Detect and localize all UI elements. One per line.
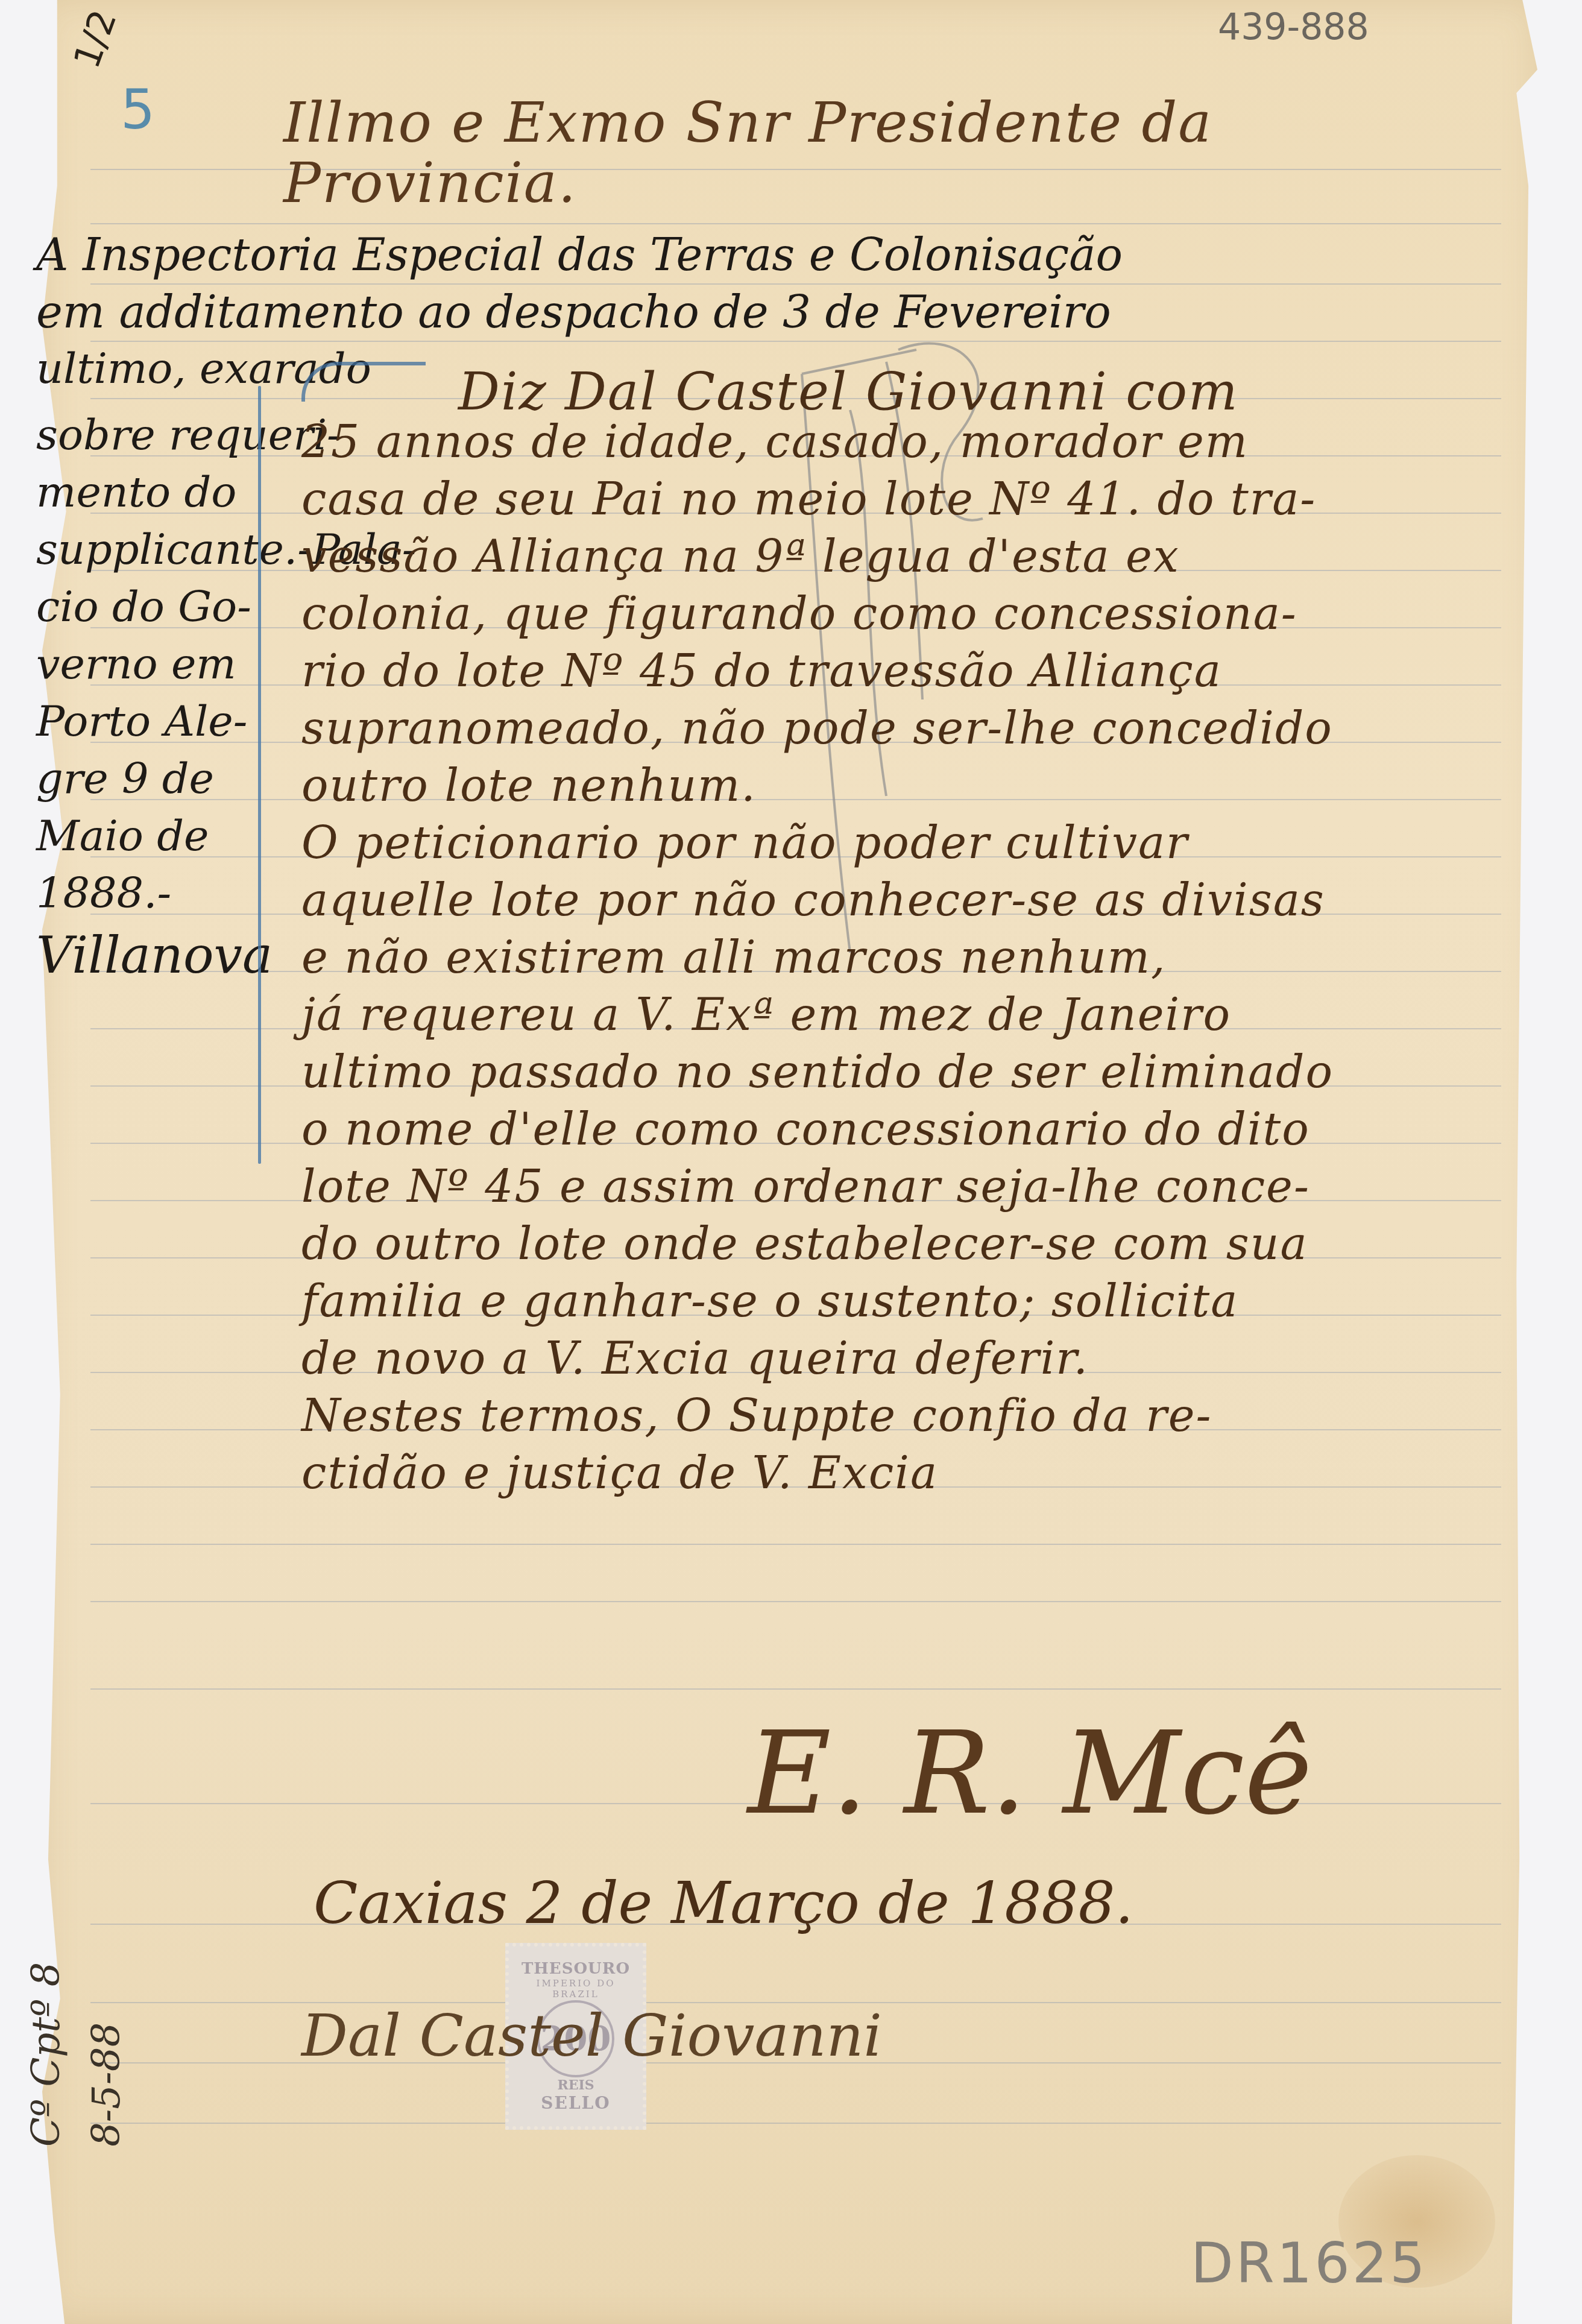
despacho-line: cio do Go- bbox=[36, 582, 251, 631]
body-line: aquelle lote por não conhecer-se as divi… bbox=[301, 874, 1325, 926]
stamp-title: THESOURO bbox=[522, 1960, 630, 1978]
despacho-line: A Inspectoria Especial das Terras e Colo… bbox=[36, 229, 1123, 281]
blue-pencil-bracket bbox=[301, 362, 426, 402]
body-line: colonia, que figurando como concessiona- bbox=[301, 588, 1297, 640]
body-line: lote Nº 45 e assim ordenar seja-lhe conc… bbox=[301, 1161, 1310, 1213]
despacho-signature: Villanova bbox=[36, 926, 273, 985]
ruled-line bbox=[90, 2123, 1501, 2124]
ruled-line bbox=[90, 341, 1501, 342]
body-line: de novo a V. Excia queira deferir. bbox=[301, 1333, 1089, 1385]
archive-number: 439-888 bbox=[1218, 6, 1369, 48]
despacho-line: mento do bbox=[36, 467, 236, 517]
body-line: rio do lote Nº 45 do travessão Alliança bbox=[301, 645, 1222, 697]
ruled-line bbox=[90, 283, 1501, 285]
side-annotation-line-1: Cº Cptº 8 bbox=[24, 1962, 69, 2147]
closing-formula: E. R. Mcê bbox=[748, 1707, 1313, 1840]
body-line: familia e ganhar-se o sustento; sollicit… bbox=[301, 1275, 1238, 1327]
body-line: O peticionario por não poder cultivar bbox=[301, 817, 1188, 869]
stamp-subtitle: IMPERIO DO BRAZIL bbox=[514, 1978, 638, 2000]
despacho-line: sobre requeri- bbox=[36, 410, 341, 459]
body-line: o nome d'elle como concessionario do dit… bbox=[301, 1104, 1310, 1155]
ruled-line bbox=[90, 1601, 1501, 1602]
salutation-line-1: Illmo e Exmo Snr Presidente da bbox=[283, 90, 1212, 155]
stamp-unit: REIS bbox=[557, 2077, 594, 2093]
despacho-line: Porto Ale- bbox=[36, 696, 247, 746]
body-line: Diz Dal Castel Giovanni com bbox=[458, 362, 1239, 422]
ruled-line bbox=[90, 1688, 1501, 1690]
body-line: outro lote nenhum. bbox=[301, 760, 757, 812]
salutation-line-2: Provincia. bbox=[283, 151, 577, 215]
blue-margin-line bbox=[258, 386, 261, 1164]
despacho-line: em additamento ao despacho de 3 de Fever… bbox=[36, 286, 1111, 338]
catalog-code: DR1625 bbox=[1191, 2231, 1428, 2296]
body-line: vessão Alliança na 9ª legua d'esta ex bbox=[301, 531, 1180, 583]
despacho-line: gre 9 de bbox=[36, 754, 214, 803]
despacho-line: 1888.- bbox=[36, 868, 171, 918]
body-line: casa de seu Pai no meio lote Nº 41. do t… bbox=[301, 473, 1316, 525]
side-annotation-line-2: 8-5-88 bbox=[84, 2022, 129, 2147]
despacho-line: verno em bbox=[36, 639, 236, 689]
body-line: já requereu a V. Exª em mez de Janeiro bbox=[301, 989, 1231, 1041]
blue-pencil-number: 5 bbox=[121, 78, 155, 142]
body-line: 25 annos de idade, casado, morador em bbox=[301, 416, 1249, 468]
despacho-line: Maio de bbox=[36, 811, 209, 860]
petitioner-signature: Dal Castel Giovanni bbox=[301, 2002, 882, 2070]
body-line: supranomeado, não pode ser-lhe concedido bbox=[301, 703, 1333, 754]
body-line: ctidão e justiça de V. Excia bbox=[301, 1447, 938, 1499]
ruled-line bbox=[90, 223, 1501, 224]
place-date: Caxias 2 de Março de 1888. bbox=[314, 1869, 1133, 1937]
body-line: do outro lote onde estabelecer-se com su… bbox=[301, 1218, 1308, 1270]
body-line: Nestes termos, O Suppte confio da re- bbox=[301, 1390, 1212, 1442]
stamp-label: SELLO bbox=[541, 2093, 610, 2113]
ruled-line bbox=[90, 1544, 1501, 1545]
body-line: e não existirem alli marcos nenhum, bbox=[301, 932, 1167, 984]
body-line: ultimo passado no sentido de ser elimina… bbox=[301, 1046, 1334, 1098]
